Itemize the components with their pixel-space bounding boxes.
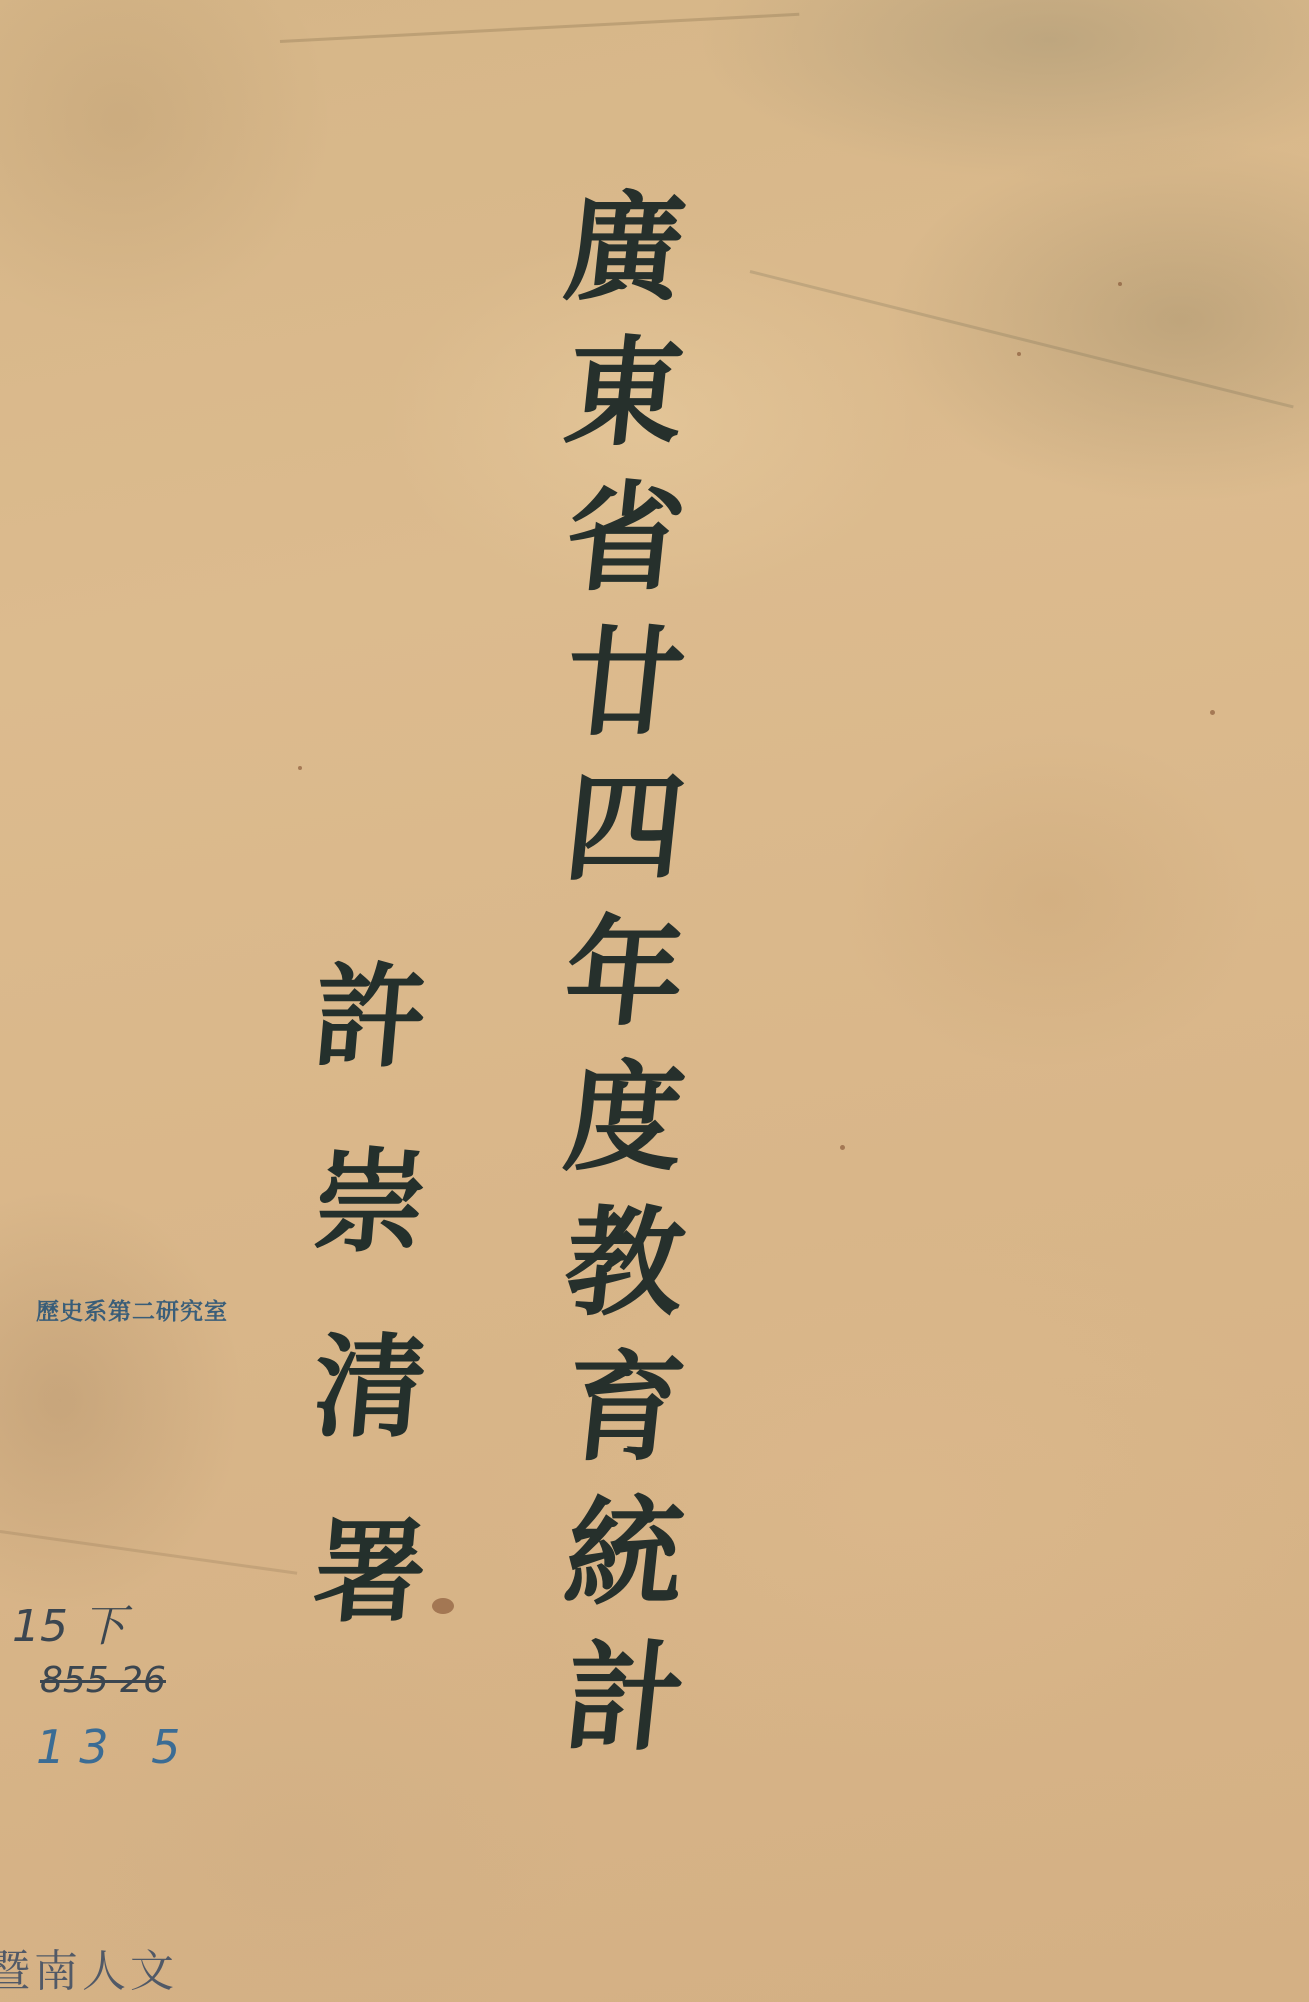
title-char: 度 [558, 1045, 691, 1190]
title-char: 年 [558, 900, 691, 1045]
stain-spot [298, 766, 302, 770]
main-title: 廣 東 省 廿 四 年 度 教 育 統 計 [545, 175, 705, 1770]
shelf-mark-line1: 15 下 [12, 1590, 126, 1654]
department-stamp: 歷史系第二研究室 [36, 1293, 228, 1326]
shelf-mark-line3: 13 5 [36, 1720, 194, 1774]
title-char: 四 [558, 755, 691, 900]
stain-spot [1118, 282, 1122, 286]
title-char: 教 [558, 1190, 691, 1335]
library-stamp-partial: 暨南人文 [0, 1935, 178, 1999]
title-char: 廿 [558, 610, 691, 755]
shelf-mark-struck: 855 26 [40, 1660, 166, 1701]
title-char: 統 [558, 1480, 691, 1625]
author-char: 清 [306, 1295, 434, 1480]
author-char: 許 [306, 925, 434, 1110]
stain-spot [1017, 352, 1021, 356]
paper-fold-crease [750, 270, 1294, 408]
title-char: 東 [558, 320, 691, 465]
title-char: 育 [558, 1335, 691, 1480]
title-char: 計 [558, 1625, 691, 1770]
title-char: 廣 [558, 175, 691, 320]
paper-fold-crease [280, 13, 799, 43]
author-signature: 許 崇 清 署 [300, 925, 440, 1665]
author-char: 崇 [306, 1110, 434, 1295]
stain-spot [1210, 710, 1215, 715]
title-char: 省 [558, 465, 691, 610]
stain-spot [840, 1145, 845, 1150]
author-char: 署 [306, 1480, 434, 1665]
book-cover: 廣 東 省 廿 四 年 度 教 育 統 計 許 崇 清 署 歷史系第二研究室 1… [0, 0, 1309, 2002]
paper-fold-crease [0, 1530, 297, 1575]
